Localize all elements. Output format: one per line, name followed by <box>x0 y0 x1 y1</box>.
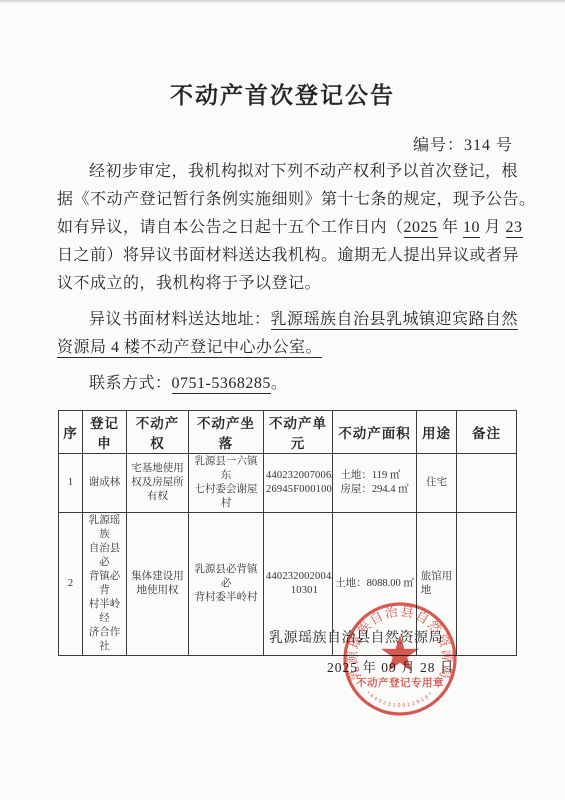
underlined-text: 2025 <box>404 219 438 238</box>
scan-edge <box>0 0 565 4</box>
seal-star-icon <box>381 635 419 671</box>
doc-number: 编号：314 号 <box>57 132 513 155</box>
table-cell-content: 谢成林 <box>89 476 121 490</box>
table-cell: 集体建设用地使用权 <box>127 513 189 656</box>
text-segment: 议不成立的，我机构将于予以登记。 <box>57 275 321 292</box>
table-header-cell: 不动产坐落 <box>189 411 264 454</box>
table-cell-content: 土地：119 ㎡房屋：294.4 ㎡ <box>340 469 408 497</box>
underlined-text: 10 <box>463 219 480 238</box>
table-header-cell: 备注 <box>457 411 517 454</box>
table-cell-content: 乳源瑶族自治县必背镇必背村半岭经济合作社 <box>85 514 124 654</box>
table-cell: 土地：119 ㎡房屋：294.4 ㎡ <box>333 454 417 513</box>
body-line: 如有异议，请自本公告之日起十五个工作日内（2025 年 10 月 23 <box>57 214 513 242</box>
table-cell-content: 住宅 <box>426 476 447 490</box>
text-segment: 。 <box>271 375 288 392</box>
table-header-cell: 用途 <box>417 411 457 454</box>
underlined-text: 资源局 4 楼不动产登记中心办公室。 <box>57 339 322 358</box>
table-cell-content: 集体建设用地使用权 <box>131 570 184 598</box>
body-line: 资源局 4 楼不动产登记中心办公室。 <box>57 334 513 362</box>
text-segment: 据《不动产登记暂行条例实施细则》第十七条的规定，现予公告。 <box>57 191 536 208</box>
table-cell: 住宅 <box>417 454 457 513</box>
table-cell-content: 旅馆用地 <box>421 570 453 598</box>
table-cell <box>457 513 517 656</box>
table-cell-content: 440232007006JC26945F00010001 <box>266 469 333 497</box>
seal-center-label: 不动产登记专用章 <box>356 676 444 689</box>
table-cell-content: 2 <box>68 577 73 591</box>
table-cell: 乳源瑶族自治县必背镇必背村半岭经济合作社 <box>83 513 127 656</box>
underlined-text: 23 <box>506 219 523 238</box>
table-cell: 乳源县一六镇东七村委会谢屋村 <box>189 454 264 513</box>
table-header-cell: 不动产面积 <box>333 411 417 454</box>
table-cell-content: 乳源县必背镇必背村委半岭村 <box>191 563 261 605</box>
table-cell: 2 <box>59 513 83 656</box>
table-cell <box>457 454 517 513</box>
text-segment: 日之前）将异议书面材料送达我机构。逾期无人提出异议或者异 <box>57 247 519 264</box>
table-cell: 乳源县必背镇必背村委半岭村 <box>189 513 264 656</box>
body-line: 联系方式：0751-5368285。 <box>57 370 513 398</box>
body-line: 经初步审定，我机构拟对下列不动产权利予以首次登记，根 <box>57 158 513 186</box>
text-segment: 月 <box>480 219 506 236</box>
table-cell: 谢成林 <box>83 454 127 513</box>
table-cell: 1 <box>59 454 83 513</box>
body-line: 异议书面材料送达地址：乳源瑶族自治县乳城镇迎宾路自然 <box>57 306 513 334</box>
table-header-cell: 序 <box>59 411 83 454</box>
announcement-page: 不动产首次登记公告 编号：314 号 经初步审定，我机构拟对下列不动产权利予以首… <box>0 0 565 800</box>
body-paragraphs: 经初步审定，我机构拟对下列不动产权利予以首次登记，根据《不动产登记暂行条例实施细… <box>57 158 513 398</box>
table-cell-content: 宅基地使用权及房屋所有权 <box>131 462 184 504</box>
underlined-text: 乳源瑶族自治县乳城镇迎宾路自然 <box>271 311 519 330</box>
table-cell-content: 1 <box>68 476 73 490</box>
underlined-text: 0751-5368285 <box>172 375 271 394</box>
body-line: 议不成立的，我机构将于予以登记。 <box>57 270 513 298</box>
seal-code: *4402320022918* <box>365 690 435 709</box>
table-header-cell: 不动产权 <box>127 411 189 454</box>
page-title: 不动产首次登记公告 <box>0 77 565 110</box>
text-segment: 联系方式： <box>89 375 172 392</box>
text-segment: 年 <box>438 219 464 236</box>
table-cell: 宅基地使用权及房屋所有权 <box>127 454 189 513</box>
table-cell-content: 土地：8088.00 ㎡ <box>335 577 414 591</box>
table-header-row: 序登记申不动产权不动产坐落不动产单元不动产面积用途备注 <box>59 411 517 454</box>
table-cell-content: 乳源县一六镇东七村委会谢屋村 <box>191 455 261 511</box>
body-line: 据《不动产登记暂行条例实施细则》第十七条的规定，现予公告。 <box>57 186 513 214</box>
body-line: 日之前）将异议书面材料送达我机构。逾期无人提出异议或者异 <box>57 242 513 270</box>
table-cell-content: 440232002004JB10301 <box>266 570 333 598</box>
text-segment: 异议书面材料送达地址： <box>89 311 271 328</box>
text-segment: 经初步审定，我机构拟对下列不动产权利予以首次登记，根 <box>89 163 518 180</box>
table-row: 1谢成林宅基地使用权及房屋所有权乳源县一六镇东七村委会谢屋村4402320070… <box>59 454 517 513</box>
table-header-cell: 不动产单元 <box>264 411 333 454</box>
table-cell: 440232007006JC26945F00010001 <box>264 454 333 513</box>
official-seal: 乳源瑶族自治县自然资源局 不动产登记专用章 *4402320022918* <box>341 600 459 718</box>
text-segment: 如有异议，请自本公告之日起十五个工作日内（ <box>57 219 404 236</box>
table-header-cell: 登记申 <box>83 411 127 454</box>
